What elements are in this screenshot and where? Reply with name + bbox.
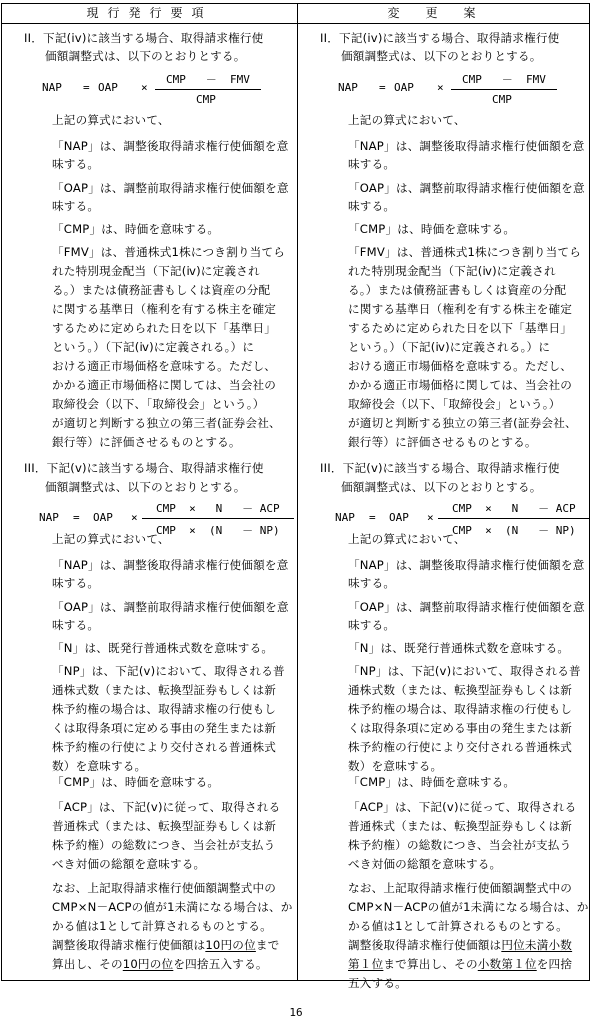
page-number: 16 xyxy=(0,1006,592,1019)
sec2-fmv-l3: る。）または債務証書もしくは資産の分配 xyxy=(52,282,270,298)
sec3-np-l2: 通株式数（または、転換型証券もしくは新 xyxy=(52,682,276,698)
sec3-note-l3: かる値は1として計算されるものとする。 xyxy=(348,918,568,934)
sec3-np-l4: くは取得条項に定める事由の発生または新 xyxy=(348,720,572,736)
rounding-underlined: 円位未満小数 xyxy=(501,938,572,952)
sec3-intro: 上記の算式において、 xyxy=(52,531,170,547)
sec2-fmv-l4: に関する基準日（権利を有する株主を確定 xyxy=(348,301,572,317)
sec2-oap-l2: 味する。 xyxy=(52,198,99,214)
sec2-oap-l1: 「OAP」は、調整前取得請求権行使価額を意 xyxy=(52,180,289,196)
formula-denominator: CMP xyxy=(196,93,216,106)
sec2-nap-l1: 「NAP」は、調整後取得請求権行使価額を意 xyxy=(348,138,584,154)
rounding-text: 算出し、その xyxy=(52,957,123,971)
sec3-np-l5: 株予約権の行使により交付される普通株式 xyxy=(348,739,572,755)
rounding-underlined: 10円の位 xyxy=(123,957,174,971)
rounding-l2: 第１位まで算出し、その小数第１位を四捨 xyxy=(348,956,572,972)
formula-lhs: NAP xyxy=(338,81,358,94)
sec3-acp-l1: 「ACP」は、下記(v)に従って、取得される xyxy=(52,799,280,815)
formula-eq: = xyxy=(369,511,376,524)
sec2-title-l2: 価額調整式は、以下のとおりとする。 xyxy=(341,48,542,64)
rounding-l1: 調整後取得請求権行使価額は円位未満小数 xyxy=(348,937,572,953)
sec2-intro: 上記の算式において、 xyxy=(52,112,170,128)
sec2-nap-l2: 味する。 xyxy=(348,156,395,172)
sec2-fmv-l10: が適切と判断する独立の第三者(証券会社、 xyxy=(52,415,281,431)
sec3-n: 「N」は、既発行普通株式数を意味する。 xyxy=(348,640,569,656)
sec2-fmv-l4: に関する基準日（権利を有する株主を確定 xyxy=(52,301,276,317)
sec3-acp-l3: 株予約権）の総数につき、当会社が支払う xyxy=(348,837,571,853)
sec2-title-l1: II．下記(iv)に該当する場合、取得請求権行使 xyxy=(24,30,263,46)
sec3-title-l2: 価額調整式は、以下のとおりとする。 xyxy=(45,479,246,495)
sec2-cmp: 「CMP」は、時価を意味する。 xyxy=(52,221,219,237)
formula-lhs: NAP xyxy=(42,81,62,94)
formula-oap: OAP xyxy=(394,81,414,94)
rounding-l2: 算出し、その10円の位を四捨五入する。 xyxy=(52,956,268,972)
rounding-l1: 調整後取得請求権行使価額は10円の位まで xyxy=(52,937,279,953)
rounding-text: 調整後取得請求権行使価額は xyxy=(348,938,501,952)
header-proposed: 変更案 xyxy=(298,4,591,23)
formula-eq: = xyxy=(83,81,90,94)
formula-times: × xyxy=(437,81,444,94)
sec2-fmv-l9: 取締役会（以下、「取締役会」という。） xyxy=(52,396,264,412)
formula-eq: = xyxy=(73,511,80,524)
formula-times: × xyxy=(131,511,138,524)
column-current: II．下記(iv)に該当する場合、取得請求権行使 価額調整式は、以下のとおりとす… xyxy=(2,24,295,981)
sec3-acp-l2: 普通株式（または、転換型証券もしくは新 xyxy=(348,818,572,834)
sec2-intro: 上記の算式において、 xyxy=(348,112,466,128)
sec2-cmp: 「CMP」は、時価を意味する。 xyxy=(348,221,515,237)
sec3-title-l1: III．下記(v)に該当する場合、取得請求権行使 xyxy=(24,460,264,476)
sec3-note-l2: CMP×N－ACPの値が1未満になる場合は、か xyxy=(52,899,293,915)
formula-denominator: CMP × (N － NP) xyxy=(156,522,280,538)
sec3-np-l2: 通株式数（または、転換型証券もしくは新 xyxy=(348,682,572,698)
comparison-table: 現行発行要項 変更案 II．下記(iv)に該当する場合、取得請求権行使 価額調整… xyxy=(1,3,590,981)
sec2-fmv-l11: 銀行等）に評価させるものとする。 xyxy=(348,434,537,450)
sec3-acp-l2: 普通株式（または、転換型証券もしくは新 xyxy=(52,818,276,834)
sec2-fmv-l7: おける適正市場価格を意味する。ただし、 xyxy=(52,358,276,374)
sec3-nap-l2: 味する。 xyxy=(52,575,99,591)
sec3-cmp: 「CMP」は、時価を意味する。 xyxy=(52,774,219,790)
rounding-text: 五入する。 xyxy=(348,976,407,990)
sec3-note-l3: かる値は1として計算されるものとする。 xyxy=(52,918,272,934)
sec2-fmv-l7: おける適正市場価格を意味する。ただし、 xyxy=(348,358,572,374)
formula-lhs: NAP xyxy=(335,511,355,524)
sec2-fmv-l11: 銀行等）に評価させるものとする。 xyxy=(52,434,241,450)
formula-times: × xyxy=(141,81,148,94)
rounding-underlined: 小数第１位 xyxy=(478,957,537,971)
sec2-nap-l1: 「NAP」は、調整後取得請求権行使価額を意 xyxy=(52,138,288,154)
sec3-nap-l1: 「NAP」は、調整後取得請求権行使価額を意 xyxy=(52,557,288,573)
sec3-oap-l1: 「OAP」は、調整前取得請求権行使価額を意 xyxy=(348,599,585,615)
sec3-intro: 上記の算式において、 xyxy=(348,531,466,547)
sec3-acp-l1: 「ACP」は、下記(v)に従って、取得される xyxy=(348,799,576,815)
sec2-fmv-l8: かかる適正市場価格に関しては、当会社の xyxy=(52,377,276,393)
header-current: 現行発行要項 xyxy=(2,4,297,23)
sec3-np-l5: 株予約権の行使により交付される普通株式 xyxy=(52,739,276,755)
sec2-fmv-l6: という。）（下記(ⅳ)に定義される。）に xyxy=(52,339,254,355)
rounding-text: まで xyxy=(256,938,280,952)
sec3-np-l3: 株予約権の場合は、取得請求権の行使もし xyxy=(348,701,572,717)
sec2-title-l1: II．下記(iv)に該当する場合、取得請求権行使 xyxy=(320,30,559,46)
rounding-text: 調整後取得請求権行使価額は xyxy=(52,938,205,952)
sec2-fmv-l2: れた特別現金配当（下記(ⅳ)に定義され xyxy=(52,263,260,279)
sec3-nap-l1: 「NAP」は、調整後取得請求権行使価額を意 xyxy=(348,557,584,573)
sec3-note-l1: なお、上記取得請求権行使価額調整式中の xyxy=(348,880,572,896)
sec3-n: 「N」は、既発行普通株式数を意味する。 xyxy=(52,640,273,656)
fraction-bar xyxy=(438,518,590,519)
sec2-fmv-l3: る。）または債務証書もしくは資産の分配 xyxy=(348,282,566,298)
formula-numerator: CMP － FMV xyxy=(462,71,546,87)
sec3-oap-l2: 味する。 xyxy=(348,617,395,633)
fraction-bar xyxy=(451,89,557,90)
formula-numerator: CMP × N － ACP xyxy=(156,500,280,516)
formula-oap: OAP xyxy=(93,511,113,524)
sec3-note-l2: CMP×N－ACPの値が1未満になる場合は、か xyxy=(348,899,589,915)
fraction-bar xyxy=(142,518,294,519)
sec3-np-l6: 数）を意味する。 xyxy=(348,758,442,774)
fraction-bar xyxy=(155,89,261,90)
sec2-fmv-l10: が適切と判断する独立の第三者(証券会社、 xyxy=(348,415,577,431)
rounding-text: まで算出し、その xyxy=(383,957,477,971)
sec3-np-l1: 「NP」は、下記(v)において、取得される普 xyxy=(52,663,285,679)
rounding-l3: 五入する。 xyxy=(348,975,407,991)
formula-eq: = xyxy=(379,81,386,94)
sec2-fmv-l6: という。）（下記(ⅳ)に定義される。）に xyxy=(348,339,550,355)
formula-denominator: CMP xyxy=(492,93,512,106)
rounding-text: を四捨五入する。 xyxy=(173,957,267,971)
sec2-fmv-l5: するために定められた日を以下「基準日」 xyxy=(348,320,572,336)
sec2-oap-l2: 味する。 xyxy=(348,198,395,214)
sec2-fmv-l9: 取締役会（以下、「取締役会」という。） xyxy=(348,396,560,412)
formula-lhs: NAP xyxy=(39,511,59,524)
sec3-cmp: 「CMP」は、時価を意味する。 xyxy=(348,774,515,790)
sec2-fmv-l2: れた特別現金配当（下記(ⅳ)に定義され xyxy=(348,263,556,279)
column-proposed: II．下記(iv)に該当する場合、取得請求権行使 価額調整式は、以下のとおりとす… xyxy=(298,24,591,981)
sec3-np-l3: 株予約権の場合は、取得請求権の行使もし xyxy=(52,701,276,717)
sec3-title-l2: 価額調整式は、以下のとおりとする。 xyxy=(341,479,542,495)
rounding-underlined: 第１位 xyxy=(348,957,383,971)
sec2-fmv-l5: するために定められた日を以下「基準日」 xyxy=(52,320,276,336)
formula-denominator: CMP × (N － NP) xyxy=(452,522,576,538)
sec3-oap-l1: 「OAP」は、調整前取得請求権行使価額を意 xyxy=(52,599,289,615)
rounding-text: を四捨 xyxy=(537,957,572,971)
sec2-fmv-l1: 「FMV」は、普通株式1株につき割り当てら xyxy=(52,244,285,260)
sec3-title-l1: III．下記(v)に該当する場合、取得請求権行使 xyxy=(320,460,560,476)
formula-1: NAP = OAP × CMP － FMV CMP xyxy=(2,69,295,111)
formula-oap: OAP xyxy=(98,81,118,94)
formula-times: × xyxy=(427,511,434,524)
rounding-underlined: 10円の位 xyxy=(205,938,256,952)
sec3-acp-l4: べき対価の総額を意味する。 xyxy=(348,856,501,872)
formula-1: NAP = OAP × CMP － FMV CMP xyxy=(298,69,591,111)
formula-numerator: CMP × N － ACP xyxy=(452,500,576,516)
sec2-nap-l2: 味する。 xyxy=(52,156,99,172)
sec2-fmv-l8: かかる適正市場価格に関しては、当会社の xyxy=(348,377,572,393)
sec3-np-l1: 「NP」は、下記(v)において、取得される普 xyxy=(348,663,581,679)
sec3-acp-l3: 株予約権）の総数につき、当会社が支払う xyxy=(52,837,275,853)
sec3-nap-l2: 味する。 xyxy=(348,575,395,591)
formula-numerator: CMP － FMV xyxy=(166,71,250,87)
sec2-fmv-l1: 「FMV」は、普通株式1株につき割り当てら xyxy=(348,244,581,260)
formula-oap: OAP xyxy=(389,511,409,524)
sec3-np-l4: くは取得条項に定める事由の発生または新 xyxy=(52,720,276,736)
sec2-oap-l1: 「OAP」は、調整前取得請求権行使価額を意 xyxy=(348,180,585,196)
sec2-title-l2: 価額調整式は、以下のとおりとする。 xyxy=(45,48,246,64)
sec3-acp-l4: べき対価の総額を意味する。 xyxy=(52,856,205,872)
sec3-note-l1: なお、上記取得請求権行使価額調整式中の xyxy=(52,880,276,896)
sec3-np-l6: 数）を意味する。 xyxy=(52,758,146,774)
sec3-oap-l2: 味する。 xyxy=(52,617,99,633)
